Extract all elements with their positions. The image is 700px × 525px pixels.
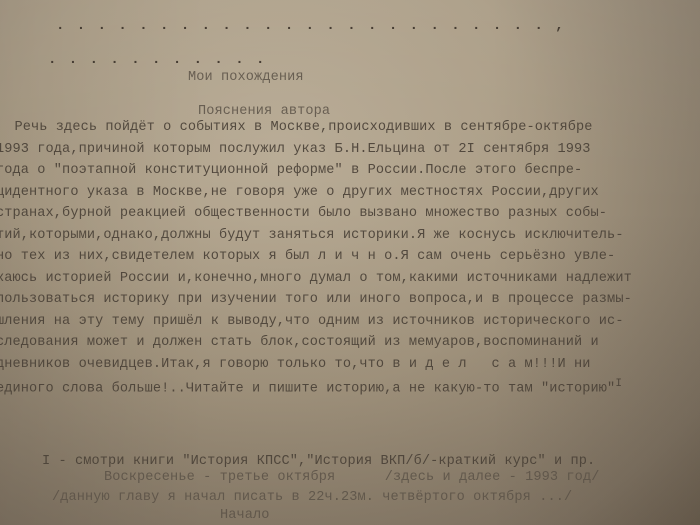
body-line: тий,которыми,однако,должны будут занятьс…	[0, 228, 624, 243]
body-line: следования может и должен стать блок,сос…	[0, 335, 599, 350]
start-label: Начало	[220, 508, 270, 523]
body-line: 1993 года,причиной которым послужил указ…	[0, 142, 591, 157]
document-subtitle: Пояснения автора	[198, 104, 330, 119]
footnote-marker: I	[615, 378, 622, 390]
body-line: шления на эту тему пришёл к выводу,что о…	[0, 314, 624, 329]
body-line: цидентного указа в Москве,не говоря уже …	[0, 185, 599, 200]
dotted-line-2: . . . . . . . . . . .	[48, 52, 266, 68]
body-line: единого слова больше!..Читайте и пишите …	[0, 378, 622, 397]
body-line: года о "поэтапной конституционной реформ…	[0, 163, 582, 178]
document-title: Мои похождения	[188, 70, 304, 85]
date-line: Воскресенье - третье октября /здесь и да…	[104, 470, 599, 485]
body-line: дневников очевидцев.Итак,я говорю только…	[0, 357, 591, 372]
note-line: /данную главу я начал писать в 22ч.23м. …	[52, 490, 572, 505]
body-line: Речь здесь пойдёт о событиях в Москве,пр…	[0, 120, 593, 135]
body-line: но тех из них,свидетелем которых я был л…	[0, 249, 615, 264]
body-line: странах,бурной реакцией общественности б…	[0, 206, 607, 221]
body-line: каюсь историей России и,конечно,много ду…	[0, 271, 632, 286]
body-line: пользоваться историку при изучении того …	[0, 292, 632, 307]
footnote: I - смотри книги "История КПСС","История…	[42, 454, 595, 469]
dotted-line-1: . . . . . . . . . . . . . . . . . . . . …	[56, 18, 566, 34]
